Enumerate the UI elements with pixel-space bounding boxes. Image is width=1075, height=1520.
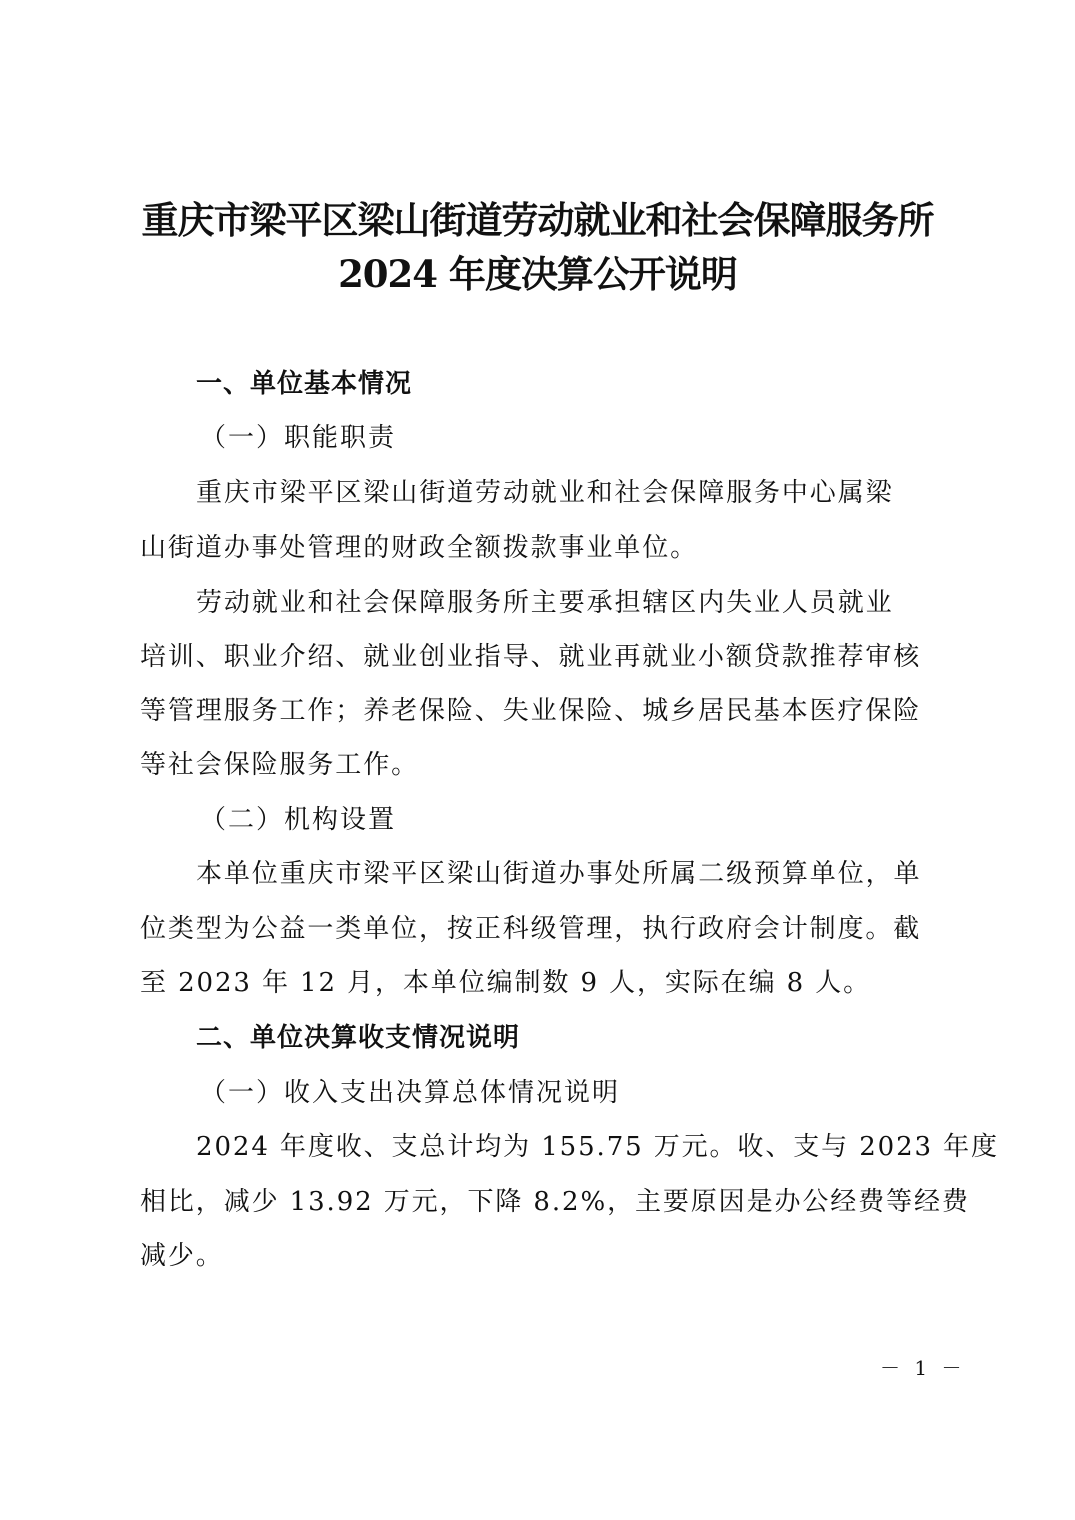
- paragraph-line: 等社会保险服务工作。: [140, 745, 940, 785]
- subsection-heading-income-expense-overview: （一）收入支出决算总体情况说明: [200, 1073, 1000, 1113]
- paragraph-line: 培训、职业介绍、就业创业指导、就业再就业小额贷款推荐审核: [140, 637, 940, 677]
- document-page: 重庆市梁平区梁山街道劳动就业和社会保障服务所 2024 年度决算公开说明 一、单…: [0, 0, 1075, 1520]
- paragraph-line: 等管理服务工作；养老保险、失业保险、城乡居民基本医疗保险: [140, 691, 940, 731]
- paragraph-line: 本单位重庆市梁平区梁山街道办事处所属二级预算单位，单: [196, 854, 996, 894]
- paragraph-line: 位类型为公益一类单位，按正科级管理，执行政府会计制度。截: [140, 909, 940, 949]
- document-title-line-1: 重庆市梁平区梁山街道劳动就业和社会保障服务所: [0, 196, 1075, 244]
- paragraph-line: 减少。: [140, 1236, 940, 1276]
- paragraph-line: 相比，减少 13.92 万元，下降 8.2%，主要原因是办公经费等经费: [140, 1182, 940, 1222]
- page-number: － 1 －: [880, 1352, 965, 1381]
- paragraph-line: 山街道办事处管理的财政全额拨款事业单位。: [140, 528, 940, 568]
- section-heading-basic-info: 一、单位基本情况: [196, 364, 996, 404]
- paragraph-line: 至 2023 年 12 月，本单位编制数 9 人，实际在编 8 人。: [140, 963, 940, 1003]
- document-title-line-2: 2024 年度决算公开说明: [0, 250, 1075, 298]
- section-heading-budget-summary: 二、单位决算收支情况说明: [196, 1018, 996, 1058]
- paragraph-line: 重庆市梁平区梁山街道劳动就业和社会保障服务中心属梁: [196, 473, 996, 513]
- paragraph-line: 劳动就业和社会保障服务所主要承担辖区内失业人员就业: [196, 583, 996, 623]
- subsection-heading-functions: （一）职能职责: [200, 418, 1000, 458]
- paragraph-line: 2024 年度收、支总计均为 155.75 万元。收、支与 2023 年度: [196, 1127, 996, 1167]
- subsection-heading-organization: （二）机构设置: [200, 800, 1000, 840]
